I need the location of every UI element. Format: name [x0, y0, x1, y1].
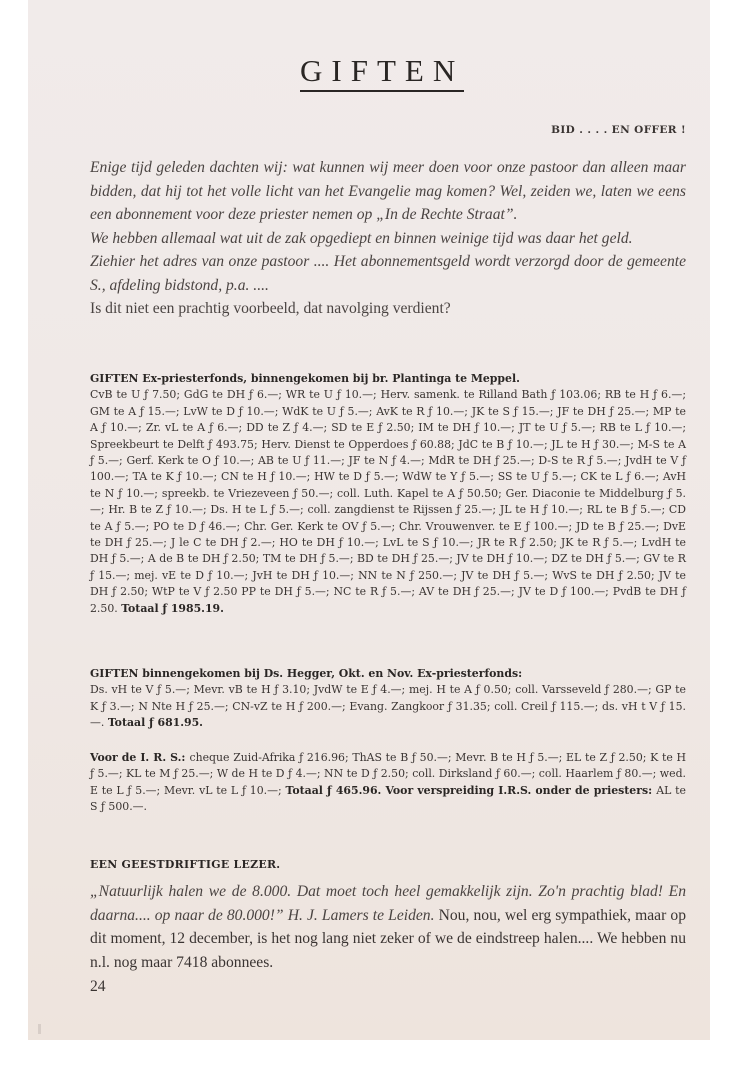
gift-list-heading: Voor de I. R. S.: — [90, 751, 190, 764]
intro-closing: Is dit niet een prachtig voorbeeld, dat … — [90, 297, 686, 321]
gift-list-total: Totaal ƒ 681.95. — [108, 716, 203, 729]
gift-list-total: Totaal ƒ 465.96. Voor verspreiding I.R.S… — [285, 784, 656, 797]
reader-heading: EEN GEESTDRIFTIGE LEZER. — [90, 858, 280, 871]
intro-text: Enige tijd geleden dachten wij: wat kunn… — [90, 156, 686, 321]
gift-list-body: CvB te U ƒ 7.50; GdG te DH ƒ 6.—; WR te … — [90, 388, 686, 614]
gift-list-heading: GIFTEN binnengekomen bij Ds. Hegger, Okt… — [90, 666, 686, 682]
intro-paragraph: We hebben allemaal wat uit de zak opgedi… — [90, 227, 686, 251]
gift-list-heading: GIFTEN Ex-priesterfonds, binnengekomen b… — [90, 371, 686, 387]
paper-smudge — [38, 1024, 41, 1034]
page-title: GIFTEN — [300, 54, 464, 92]
reader-text: „Natuurlijk halen we de 8.000. Dat moet … — [90, 880, 686, 974]
intro-paragraph: Enige tijd geleden dachten wij: wat kunn… — [90, 156, 686, 227]
page-number: 24 — [90, 978, 106, 996]
gift-list-total: Totaal ƒ 1985.19. — [121, 602, 224, 615]
gift-list-hegger: GIFTEN binnengekomen bij Ds. Hegger, Okt… — [90, 666, 686, 732]
gift-list-irs: Voor de I. R. S.: cheque Zuid-Afrika ƒ 2… — [90, 750, 686, 816]
section-kicker: BID . . . . EN OFFER ! — [551, 124, 686, 136]
gift-list-plantinga: GIFTEN Ex-priesterfonds, binnengekomen b… — [90, 371, 686, 617]
intro-paragraph: Ziehier het adres van onze pastoor .... … — [90, 250, 686, 297]
